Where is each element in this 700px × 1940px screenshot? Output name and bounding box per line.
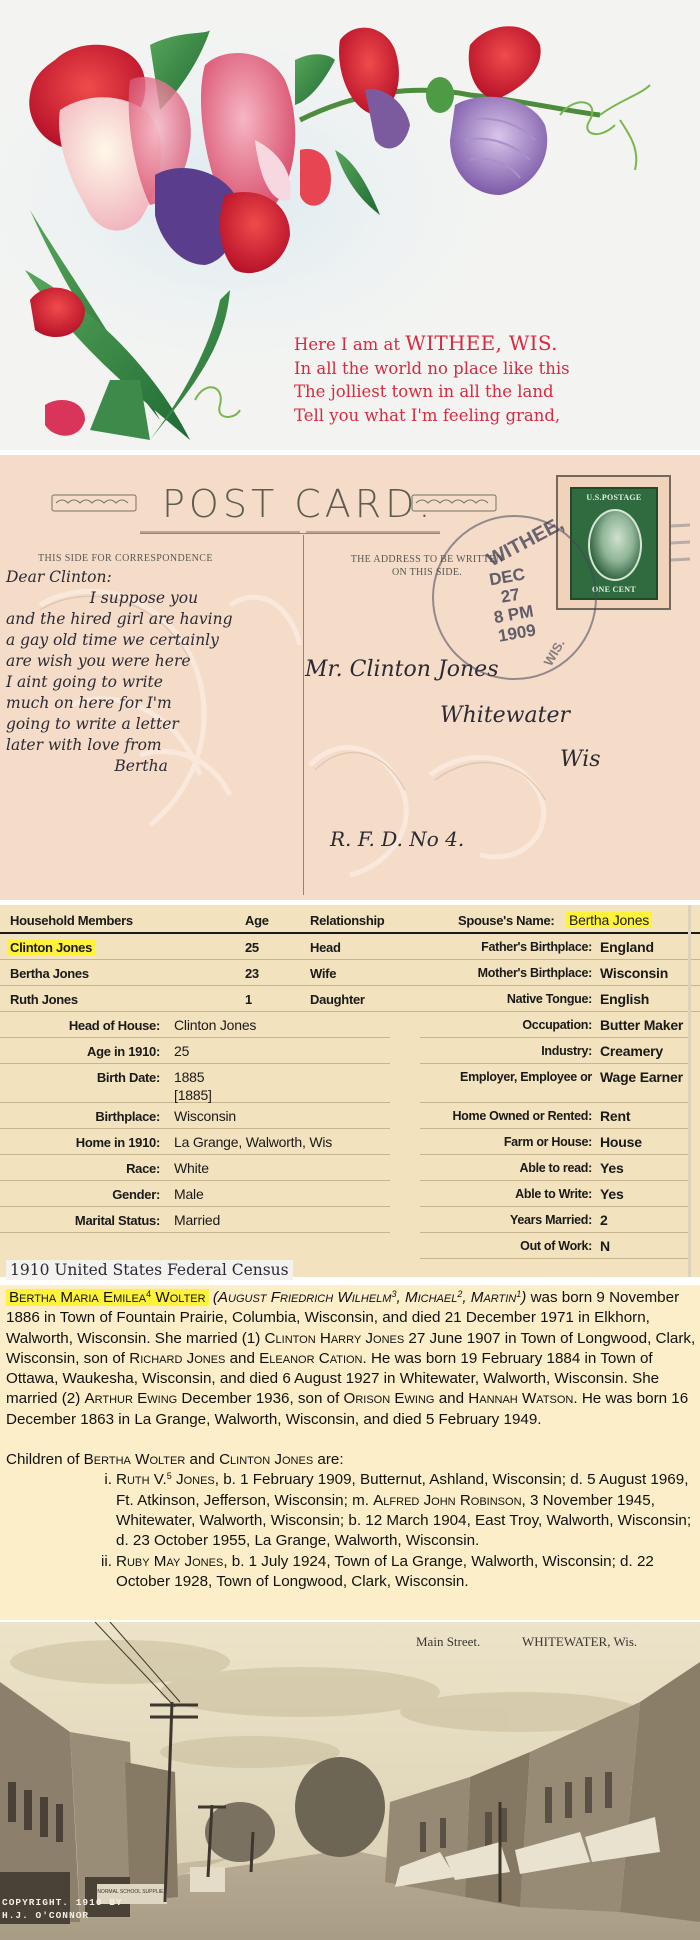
- spouse-name-label: Spouse's Name:: [458, 913, 554, 928]
- census-field-label: Employer, Employee or: [460, 1070, 592, 1084]
- census-field-value: England: [600, 939, 654, 955]
- census-record: Household Members Age Relationship Spous…: [0, 905, 700, 1277]
- header-age: Age: [245, 913, 269, 928]
- verse-line-2: In all the world no place like this: [294, 357, 570, 381]
- floral-postcard-front: Here I am at WITHEE, WIS. In all the wor…: [0, 0, 700, 450]
- census-field-value-alt: [1885]: [174, 1087, 212, 1103]
- postcard-back: POST CARD. THIS SIDE FOR CORRESPONDENCE …: [0, 455, 700, 900]
- genealogy-text: Bertha Maria Emilea4 Wolter (August Frie…: [6, 1288, 696, 1592]
- census-field-label: Able to Write:: [515, 1187, 592, 1201]
- verse-line-3: The jolliest town in all the land: [294, 380, 570, 404]
- spouse-name-value: Bertha Jones: [566, 912, 652, 928]
- child-entry: ii. Ruby May Jones, b. 1 July 1924, Town…: [6, 1552, 696, 1593]
- census-field-label: Out of Work:: [520, 1239, 592, 1253]
- header-relationship: Relationship: [310, 913, 384, 928]
- census-field-label: Home in 1910:: [76, 1135, 160, 1150]
- child-entry: i. Ruth V.5 Jones, b. 1 February 1909, B…: [6, 1470, 696, 1551]
- member-name: Ruth Jones: [10, 992, 78, 1007]
- census-field-label: Native Tongue:: [507, 992, 592, 1006]
- census-field-value: Wisconsin: [174, 1108, 236, 1124]
- postmark-date: DEC 27 8 PM 1909: [476, 562, 548, 647]
- census-field-label: Father's Birthplace:: [481, 940, 592, 954]
- member-age: 1: [245, 992, 252, 1007]
- bio-paragraph: Bertha Maria Emilea4 Wolter (August Frie…: [6, 1288, 696, 1430]
- census-field-row: [0, 1038, 390, 1064]
- verse-line-4: Tell you what I'm feeling grand,: [294, 404, 570, 428]
- genealogy-report: Bertha Maria Emilea4 Wolter (August Frie…: [0, 1285, 700, 1620]
- header-rule: [140, 533, 440, 534]
- census-field-label: Mother's Birthplace:: [478, 966, 592, 980]
- census-field-value: Yes: [600, 1160, 624, 1176]
- census-field-value: 25: [174, 1043, 189, 1059]
- bio-text: December 1936, son of: [177, 1390, 343, 1407]
- census-caption: 1910 United States Federal Census: [6, 1260, 293, 1280]
- census-field-label: Gender:: [112, 1187, 160, 1202]
- postcard-title: POST CARD.: [162, 482, 435, 526]
- census-field-value: Butter Maker: [600, 1017, 683, 1033]
- census-field-label: Able to read:: [520, 1161, 593, 1175]
- header-household-members: Household Members: [10, 913, 133, 928]
- member-relationship: Head: [310, 940, 341, 955]
- handwritten-message: Dear Clinton: I suppose you and the hire…: [6, 567, 306, 777]
- correspondence-label: THIS SIDE FOR CORRESPONDENCE: [38, 553, 213, 564]
- census-field-label: Race:: [126, 1161, 160, 1176]
- person-name: Hannah Watson: [468, 1390, 573, 1407]
- census-field-value: White: [174, 1160, 209, 1176]
- census-right-border: [688, 905, 691, 1277]
- census-field-label: Age in 1910:: [87, 1044, 160, 1059]
- ancestry-line: (August Friedrich Wilhelm3, Michael2, Ma…: [213, 1289, 527, 1306]
- census-field-value: Wisconsin: [600, 965, 668, 981]
- member-relationship: Wife: [310, 966, 336, 981]
- census-field-value: House: [600, 1134, 642, 1150]
- census-field-label: Occupation:: [522, 1018, 592, 1032]
- census-field-label: Industry:: [541, 1044, 592, 1058]
- census-field-value: Rent: [600, 1108, 630, 1124]
- stamp-top-text: U.S.POSTAGE: [572, 493, 656, 502]
- street-scene-illustration: NORMAL SCHOOL SUPPLIES: [0, 1622, 700, 1940]
- photo-copyright: COPYRIGHT. 1910 BY H.J. O'CONNOR: [2, 1896, 123, 1922]
- store-sign-text: NORMAL SCHOOL SUPPLIES: [97, 1889, 167, 1895]
- census-field-value: Married: [174, 1212, 220, 1228]
- member-name: Clinton Jones: [7, 940, 95, 955]
- bio-body: was born 9 November 1886 in Town of Foun…: [6, 1289, 695, 1428]
- person-name: Richard Jones: [129, 1350, 225, 1367]
- person-name: Orison Ewing: [344, 1390, 435, 1407]
- address-route: R. F. D. No 4.: [330, 827, 464, 851]
- postmark-state: WIS.: [541, 637, 568, 669]
- census-field-label: Home Owned or Rented:: [452, 1109, 592, 1123]
- census-field-value: 2: [600, 1212, 608, 1228]
- census-field-value: La Grange, Walworth, Wis: [174, 1134, 364, 1150]
- census-field-value: Clinton Jones: [174, 1017, 256, 1033]
- subject-name: Bertha Maria Emilea4 Wolter: [6, 1289, 209, 1306]
- photo-caption-city: WHITEWATER, Wis.: [522, 1634, 637, 1650]
- census-field-label: Birthplace:: [95, 1109, 160, 1124]
- census-field-label: Birth Date:: [97, 1070, 160, 1085]
- census-field-label: Years Married:: [510, 1213, 592, 1227]
- census-field-value: Wage Earner: [600, 1069, 683, 1085]
- address-state: Wis: [560, 747, 601, 772]
- person-name: Clinton Harry Jones: [265, 1330, 405, 1347]
- census-field-value: 1885: [174, 1069, 204, 1085]
- postcard-verse: Here I am at WITHEE, WIS. In all the wor…: [294, 332, 570, 427]
- member-age: 23: [245, 966, 259, 981]
- member-relationship: Daughter: [310, 992, 365, 1007]
- verse-line-1: Here I am at WITHEE, WIS.: [294, 332, 570, 357]
- member-age: 25: [245, 940, 259, 955]
- bio-text: and: [434, 1390, 468, 1407]
- member-name: Bertha Jones: [10, 966, 89, 981]
- census-field-value: Yes: [600, 1186, 624, 1202]
- census-field-value: Creamery: [600, 1043, 663, 1059]
- census-field-label: Head of House:: [69, 1018, 160, 1033]
- children-intro: Children of Bertha Wolter and Clinton Jo…: [6, 1450, 696, 1470]
- photo-caption-street: Main Street.: [416, 1634, 480, 1650]
- census-field-value: English: [600, 991, 649, 1007]
- census-field-label: Marital Status:: [75, 1213, 160, 1228]
- person-name: Eleanor Cation: [259, 1350, 362, 1367]
- main-street-photo: NORMAL SCHOOL SUPPLIES Main Street. WHIT…: [0, 1622, 700, 1940]
- franklin-portrait-icon: [588, 509, 642, 581]
- census-field-label: Farm or House:: [504, 1135, 592, 1149]
- census-field-value: Male: [174, 1186, 204, 1202]
- postmark: WITHEE, DEC 27 8 PM 1909 WIS.: [432, 515, 597, 680]
- census-field-value: N: [600, 1238, 610, 1254]
- address-city: Whitewater: [440, 703, 570, 728]
- bio-text: and: [225, 1350, 259, 1367]
- person-name: Arthur Ewing: [84, 1390, 177, 1407]
